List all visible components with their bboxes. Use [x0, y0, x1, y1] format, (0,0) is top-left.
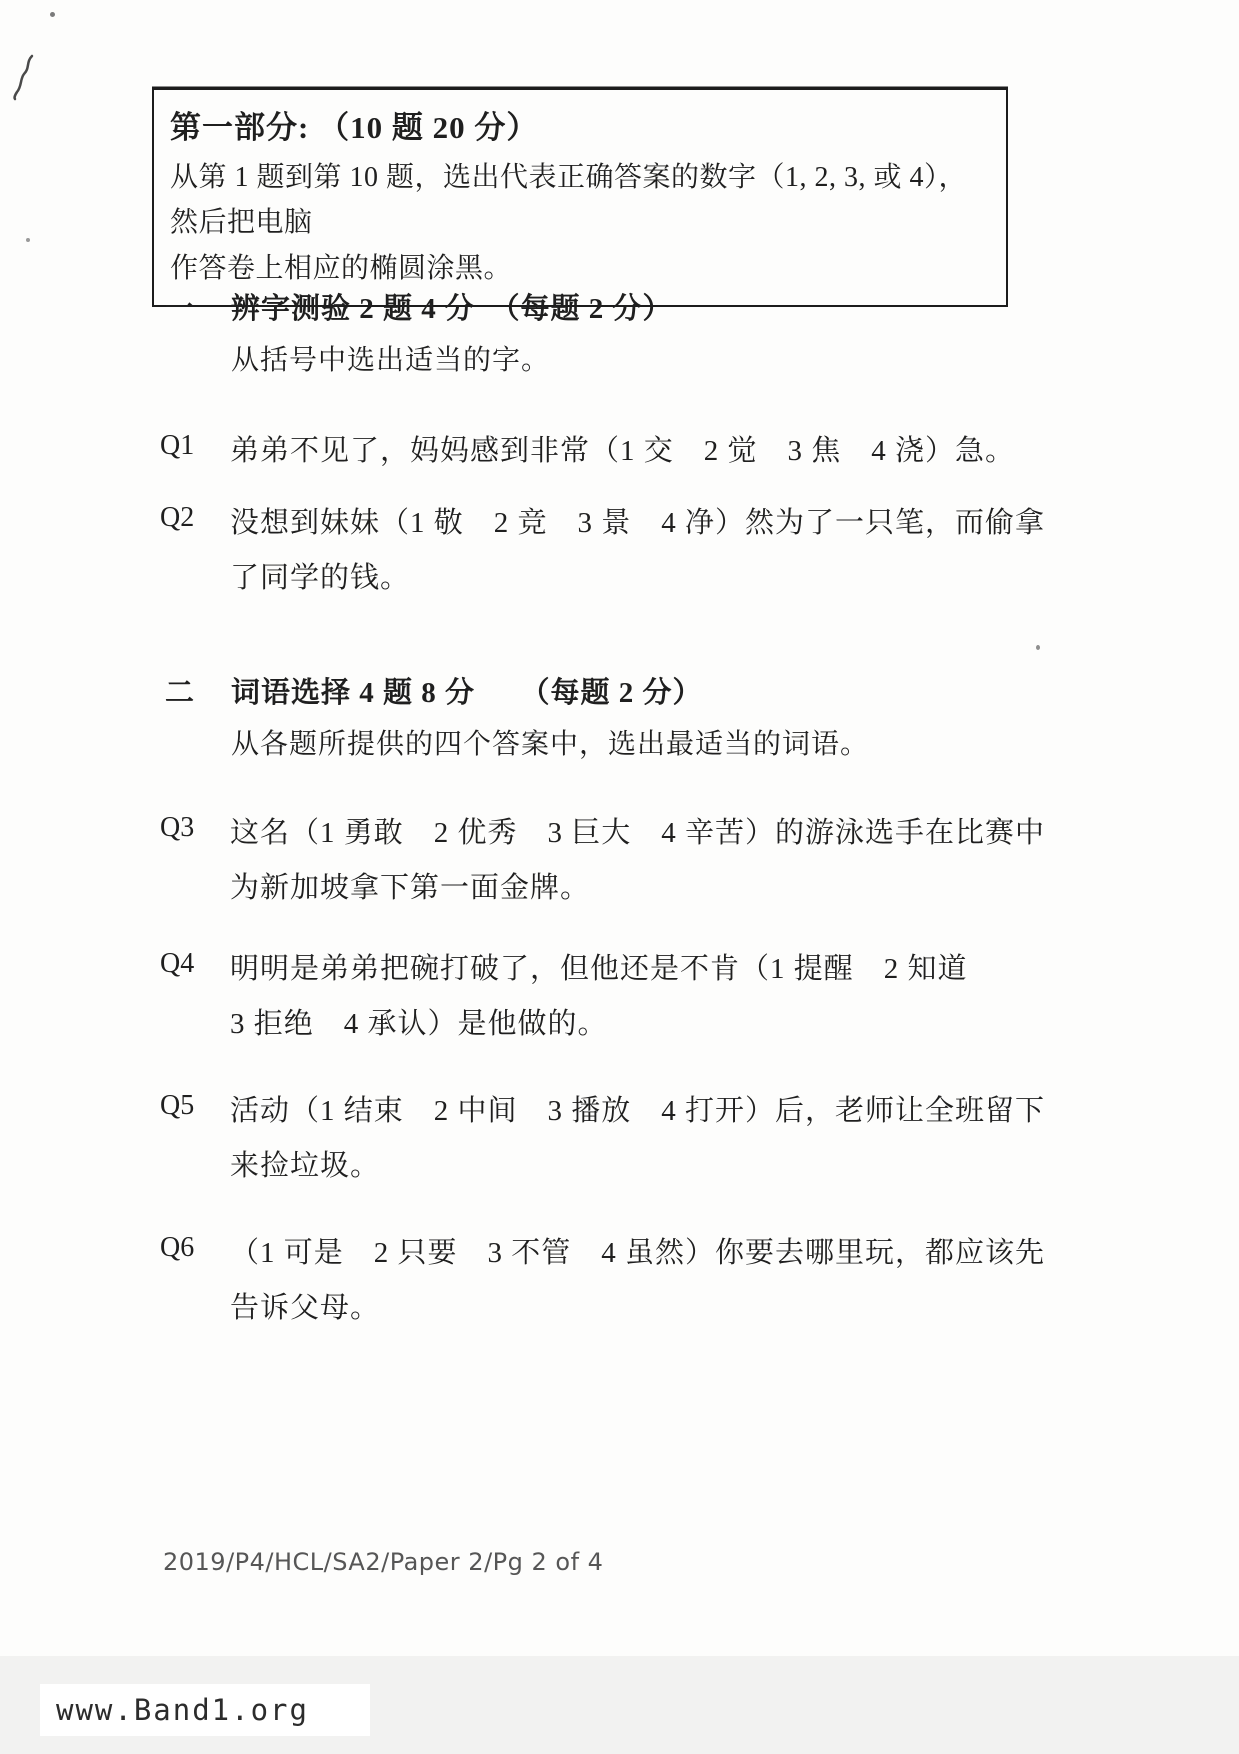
- question-label: Q3: [160, 812, 230, 916]
- question-text: 活动（1 结束 2 中间 3 播放 4 打开）后，老师让全班留下 来捡垃圾。: [230, 1084, 1090, 1194]
- part-one-title: 第一部分: （10 题 20 分）: [170, 102, 990, 147]
- question-label: Q1: [160, 430, 230, 479]
- section-title: 词语选择 4 题 8 分 （每题 2 分）: [231, 670, 1065, 711]
- watermark-url: www.Band1.org: [40, 1693, 309, 1727]
- section-instruction: 从各题所提供的四个答案中，选出最适当的词语。: [231, 722, 1065, 762]
- question-label: Q6: [160, 1232, 230, 1336]
- scan-dot-artifact: [1036, 645, 1040, 650]
- question-text: 这名（1 勇敢 2 优秀 3 巨大 4 辛苦）的游泳选手在比赛中 为新加坡拿下第…: [230, 806, 1090, 916]
- question-text: 没想到妹妹（1 敬 2 竞 3 景 4 净）然为了一只笔，而偷拿 了同学的钱。: [230, 496, 1090, 606]
- question-text: 明明是弟弟把碗打破了，但他还是不肯（1 提醒 2 知道 3 拒绝 4 承认）是他…: [230, 942, 1090, 1052]
- question-text: 弟弟不见了，妈妈感到非常（1 交 2 觉 3 焦 4 浇）急。: [230, 424, 1090, 479]
- part-one-instructions: 从第 1 题到第 10 题，选出代表正确答案的数字（1, 2, 3, 或 4），…: [170, 155, 990, 291]
- section-title: 辨字测验 2 题 4 分 （每题 2 分）: [231, 286, 1065, 327]
- question-label: Q4: [160, 948, 230, 1052]
- question-q3: Q3 这名（1 勇敢 2 优秀 3 巨大 4 辛苦）的游泳选手在比赛中 为新加坡…: [160, 812, 1090, 916]
- question-q1: Q1 弟弟不见了，妈妈感到非常（1 交 2 觉 3 焦 4 浇）急。: [160, 430, 1090, 479]
- question-label: Q2: [160, 502, 230, 606]
- pen-mark-artifact: [10, 52, 40, 102]
- section-number: 一: [165, 286, 231, 378]
- section-vocabulary-choice: 二 词语选择 4 题 8 分 （每题 2 分） 从各题所提供的四个答案中，选出最…: [165, 670, 1065, 762]
- paper-reference-footer: 2019/P4/HCL/SA2/Paper 2/Pg 2 of 4: [163, 1548, 603, 1576]
- question-q6: Q6 （1 可是 2 只要 3 不管 4 虽然）你要去哪里玩，都应该先 告诉父母…: [160, 1232, 1090, 1336]
- question-q2: Q2 没想到妹妹（1 敬 2 竞 3 景 4 净）然为了一只笔，而偷拿 了同学的…: [160, 502, 1090, 606]
- watermark-strip: www.Band1.org: [40, 1684, 370, 1736]
- scan-dot-artifact: [50, 12, 55, 17]
- section-word-recognition: 一 辨字测验 2 题 4 分 （每题 2 分） 从括号中选出适当的字。: [165, 286, 1065, 378]
- exam-paper-page: 第一部分: （10 题 20 分） 从第 1 题到第 10 题，选出代表正确答案…: [0, 0, 1239, 1754]
- scan-dot-artifact: [26, 238, 30, 242]
- question-label: Q5: [160, 1090, 230, 1194]
- question-text: （1 可是 2 只要 3 不管 4 虽然）你要去哪里玩，都应该先 告诉父母。: [230, 1226, 1090, 1336]
- question-q5: Q5 活动（1 结束 2 中间 3 播放 4 打开）后，老师让全班留下 来捡垃圾…: [160, 1090, 1090, 1194]
- question-q4: Q4 明明是弟弟把碗打破了，但他还是不肯（1 提醒 2 知道 3 拒绝 4 承认…: [160, 948, 1090, 1052]
- section-instruction: 从括号中选出适当的字。: [231, 338, 1065, 378]
- part-one-header-box: 第一部分: （10 题 20 分） 从第 1 题到第 10 题，选出代表正确答案…: [152, 88, 1008, 307]
- section-number: 二: [165, 670, 231, 762]
